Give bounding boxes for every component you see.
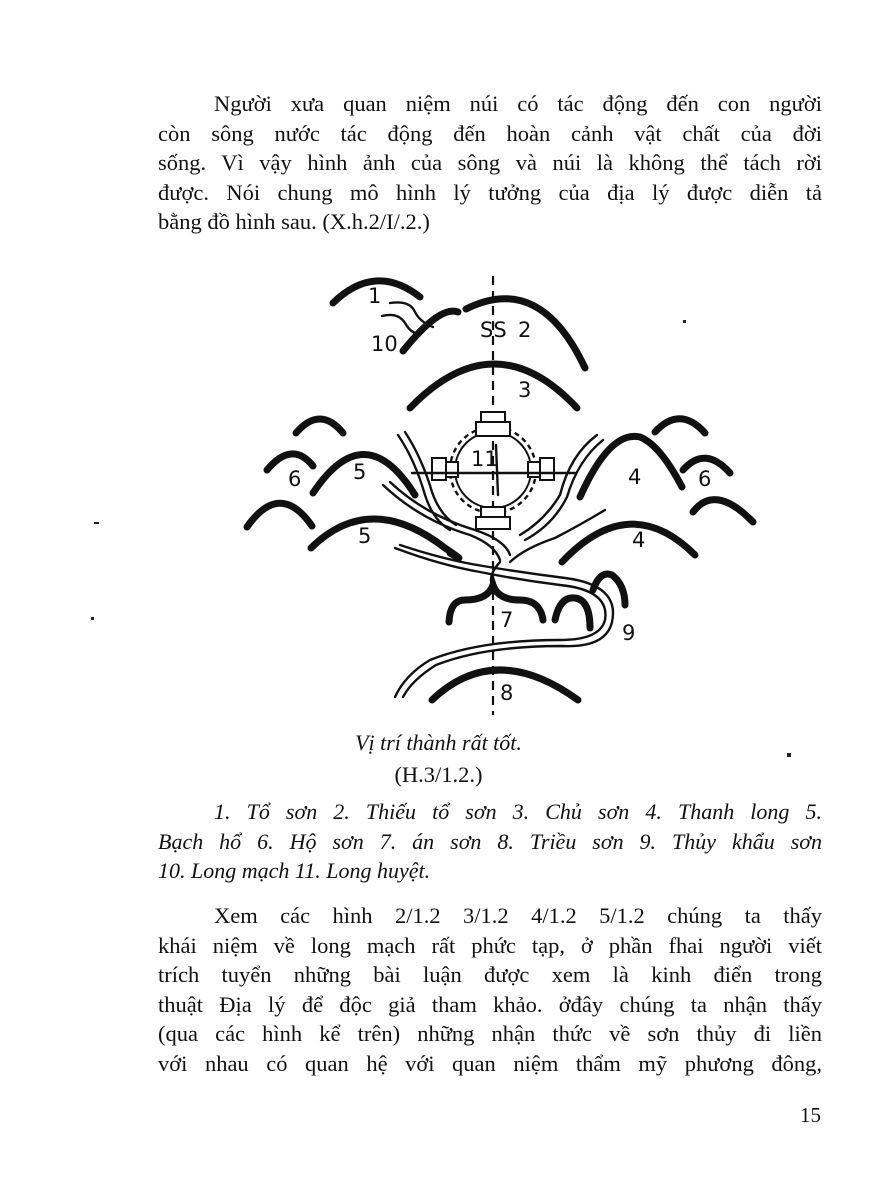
text-line: (qua các hình kể trên) những nhận thức v… (158, 1019, 822, 1049)
text-line: khái niệm về long mạch rất phức tạp, ở p… (158, 931, 822, 961)
gate-west-icon (432, 458, 446, 480)
figure-caption-title: Vị trí thành rất tốt. (0, 730, 877, 756)
label-11: 11 (471, 447, 498, 471)
scan-speck (91, 617, 94, 620)
scan-speck (94, 522, 99, 524)
scan-speck (683, 320, 686, 323)
label-4: 4 (628, 465, 641, 489)
mountain-5-icon (311, 519, 459, 558)
label-8: 8 (500, 681, 513, 705)
legend-line: Bạch hổ 6. Hộ sơn 7. án sơn 8. Triều sơn… (158, 827, 822, 857)
gate-north-icon (476, 422, 510, 436)
gate-south-icon (476, 517, 510, 529)
text-line: thuật Địa lý để độc giả tham khảo. ởđây … (158, 990, 822, 1020)
mountain-6-icon (655, 419, 705, 433)
gate-north-icon (481, 412, 505, 422)
legend-line: 1. Tổ sơn 2. Thiếu tổ sơn 3. Chủ sơn 4. … (158, 797, 822, 827)
label-6: 6 (698, 467, 711, 491)
label-5: 5 (353, 460, 366, 484)
mountain-6-icon (296, 419, 343, 433)
figure-caption-code: (H.3/1.2.) (0, 762, 877, 788)
gate-east-icon (540, 458, 554, 480)
gate-south-icon (481, 507, 505, 517)
mountain-7-icon (449, 585, 543, 622)
text-line: trích tuyển những bài luận được xem là k… (158, 960, 822, 990)
label-1: 1 (368, 284, 381, 308)
legend-line: 10. Long mạch 11. Long huyệt. (158, 856, 822, 886)
gate-east-icon (528, 462, 540, 477)
dragon-vein-icon (382, 315, 420, 333)
page-number: 15 (800, 1103, 821, 1128)
outro-paragraph: Xem các hình 2/1.2 3/1.2 4/1.2 5/1.2 chú… (158, 901, 822, 1079)
label-7: 7 (500, 608, 513, 632)
mountain-6-icon (247, 503, 312, 527)
text-line: Xem các hình 2/1.2 3/1.2 4/1.2 5/1.2 chú… (158, 901, 822, 931)
mountain-6-icon (693, 500, 753, 522)
label-9: 9 (622, 621, 635, 645)
figure-legend: 1. Tổ sơn 2. Thiếu tổ sơn 3. Chủ sơn 4. … (158, 797, 822, 886)
label-6: 6 (288, 467, 301, 491)
label-5: 5 (358, 524, 371, 548)
label-10: 10 (371, 332, 398, 356)
book-page: Người xưa quan niệm núi có tác động đến … (0, 0, 877, 1200)
river-icon (525, 440, 603, 540)
label-4: 4 (632, 528, 645, 552)
text-line: với nhau có quan hệ với quan niệm thẩm m… (158, 1049, 822, 1079)
mountain-4-icon (562, 524, 695, 562)
mountain-7-icon (555, 598, 590, 628)
label-2: 2 (518, 318, 531, 342)
label-3: 3 (518, 378, 531, 402)
gate-west-icon (446, 462, 458, 477)
